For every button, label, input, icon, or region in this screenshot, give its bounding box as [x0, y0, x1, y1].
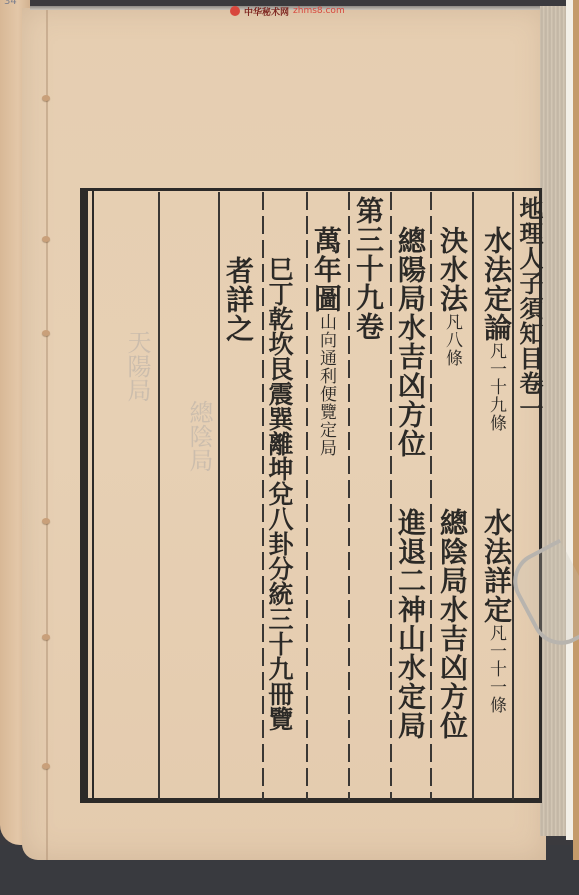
toc-entry-closing-note: 者詳之	[222, 256, 254, 343]
column-rule	[262, 192, 264, 800]
toc-entry-water-method-detail: 水法詳定凡一十一條	[480, 508, 512, 714]
watermark: 中华秘术网 zhms8.com	[230, 4, 345, 18]
page-number: 34	[4, 0, 17, 7]
toc-entry-title: 水法詳定	[480, 508, 513, 624]
toc-entry-title: 水法定論	[480, 226, 513, 342]
toc-entry-note: 凡八條	[442, 313, 462, 367]
toc-entry-drain-water-method: 決水法凡八條	[436, 226, 468, 367]
toc-entry-title: 決水法	[436, 226, 469, 313]
bleed-through-text: 總陰局	[182, 400, 217, 472]
toc-entry-yang-water-positions: 總陽局水吉凶方位	[394, 226, 426, 458]
column-rule	[430, 192, 432, 800]
binding-stitch-hole	[42, 236, 50, 242]
cover-edge	[573, 0, 579, 860]
column-rule	[218, 192, 220, 800]
binding-stitch-hole	[42, 763, 50, 769]
column-rule	[348, 192, 350, 800]
watermark-site-name: 中华秘术网	[244, 5, 289, 18]
book-header-title: 地理人子須知目卷一	[516, 196, 542, 421]
toc-entry-note: 山向通利便覽定局	[316, 313, 336, 457]
watermark-url: zhms8.com	[293, 6, 345, 16]
binding-stitch-hole	[42, 330, 50, 336]
column-rule	[472, 192, 474, 800]
binding-stitch-hole	[42, 95, 50, 101]
yin-yang-logo-icon	[230, 6, 240, 16]
toc-entry-ten-thousand-year-chart: 萬年圖山向通利便覽定局	[310, 226, 342, 457]
inner-border-line	[92, 190, 94, 802]
toc-entry-title: 萬年圖	[310, 226, 343, 313]
toc-entry-water-method-theory: 水法定論凡一十九條	[480, 226, 512, 432]
column-rule	[306, 192, 308, 800]
column-rule	[158, 192, 160, 800]
toc-entry-advance-retreat: 進退二神山水定局	[394, 508, 426, 740]
scanned-book-page: 34 中华秘术网 zhms8.com 天陽局 總陰局 地理人子須知目卷一 水法定…	[0, 0, 579, 895]
toc-entry-yin-water-positions: 總陰局水吉凶方位	[436, 508, 468, 740]
column-rule	[390, 192, 392, 800]
binding-fold	[46, 8, 48, 860]
toc-entry-note: 凡一十一條	[486, 624, 506, 714]
bleed-through-text: 天陽局	[120, 330, 155, 402]
page-edge-highlight	[566, 0, 573, 840]
binding-stitch-hole	[42, 634, 50, 640]
toc-entry-note: 凡一十九條	[486, 342, 506, 432]
toc-entry-eight-trigrams: 巳丁乾坎艮震巽離坤兌八卦分統三十九冊覽	[266, 256, 293, 731]
chapter-heading-39: 第三十九卷	[352, 196, 384, 341]
binding-stitch-hole	[42, 518, 50, 524]
